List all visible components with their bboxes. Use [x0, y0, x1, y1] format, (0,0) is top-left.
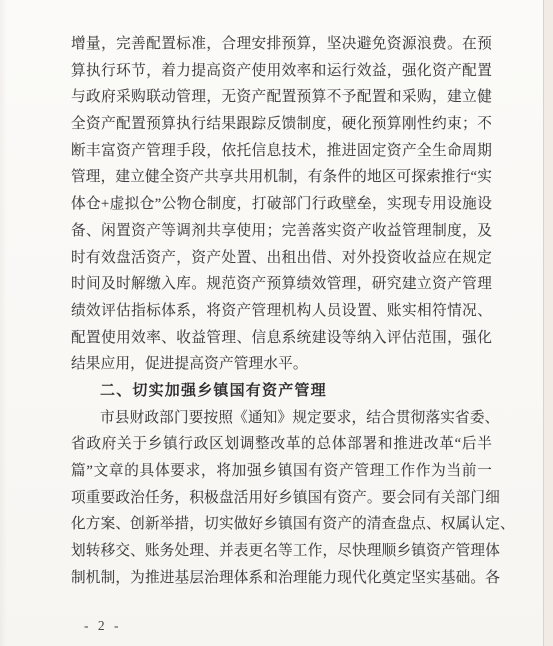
body-line: 市县财政部门要按照《通知》规定要求，结合贯彻落实省委、 — [71, 405, 492, 432]
body-line: 全资产配置预算执行结果跟踪反馈制度，硬化预算刚性约束；不 — [71, 111, 492, 138]
body-line: 时有效盘活资产，资产处置、出租出借、对外投资收益应在规定 — [71, 245, 492, 272]
body-line: 体仓+虚拟仓”公物仓制度，打破部门行政壁垒，实现专用设施设 — [71, 191, 492, 218]
body-line: 划转移交、账务处理、并表更名等工作，尽快理顺乡镇资产管理体 — [71, 538, 492, 565]
body-line: 管理，建立健全资产共享共用机制，有条件的地区可探索推行“实 — [71, 164, 492, 191]
scan-right-edge-band — [543, 0, 553, 646]
body-line: 备、闲置资产等调剂共享使用；完善落实资产收益管理制度，及 — [71, 218, 492, 245]
body-line: 断丰富资产管理手段，依托信息技术，推进固定资产全生命周期 — [71, 138, 492, 165]
body-line: 配置使用效率、收益管理、信息系统建设等纳入评估范围，强化 — [71, 325, 492, 352]
body-line: 增量，完善配置标准，合理安排预算，坚决避免资源浪费。在预 — [71, 31, 492, 58]
section-heading: 二、切实加强乡镇国有资产管理 — [71, 378, 492, 405]
body-line: 项重要政治任务，积极盘活用好乡镇国有资产。要会同有关部门细 — [71, 485, 492, 512]
body-line: 算执行环节，着力提高资产使用效率和运行效益，强化资产配置 — [71, 58, 492, 85]
body-line: 制机制，为推进基层治理体系和治理能力现代化奠定坚实基础。各 — [71, 565, 492, 592]
body-line: 绩效评估指标体系，将资产管理机构人员设置、账实相符情况、 — [71, 298, 492, 325]
body-line: 与政府采购联动管理，无资产配置预算不予配置和采购，建立健 — [71, 84, 492, 111]
body-line: 时间及时解缴入库。规范资产预算绩效管理，研究建立资产管理 — [71, 271, 492, 298]
scan-left-edge-shadow — [0, 0, 7, 646]
body-line: 结果应用，促进提高资产管理水平。 — [71, 351, 492, 378]
text-column: 增量，完善配置标准，合理安排预算，坚决避免资源浪费。在预 算执行环节，着力提高资… — [71, 31, 492, 591]
page-number: - 2 - — [84, 618, 122, 634]
document-page: 增量，完善配置标准，合理安排预算，坚决避免资源浪费。在预 算执行环节，着力提高资… — [0, 0, 553, 646]
body-line: 化方案、创新举措，切实做好乡镇国有资产的清查盘点、权属认定、 — [71, 511, 492, 538]
body-line: 篇”文章的具体要求，将加强乡镇国有资产管理工作作为当前一 — [71, 458, 492, 485]
body-line: 省政府关于乡镇行政区划调整改革的总体部署和推进改革“后半 — [71, 431, 492, 458]
